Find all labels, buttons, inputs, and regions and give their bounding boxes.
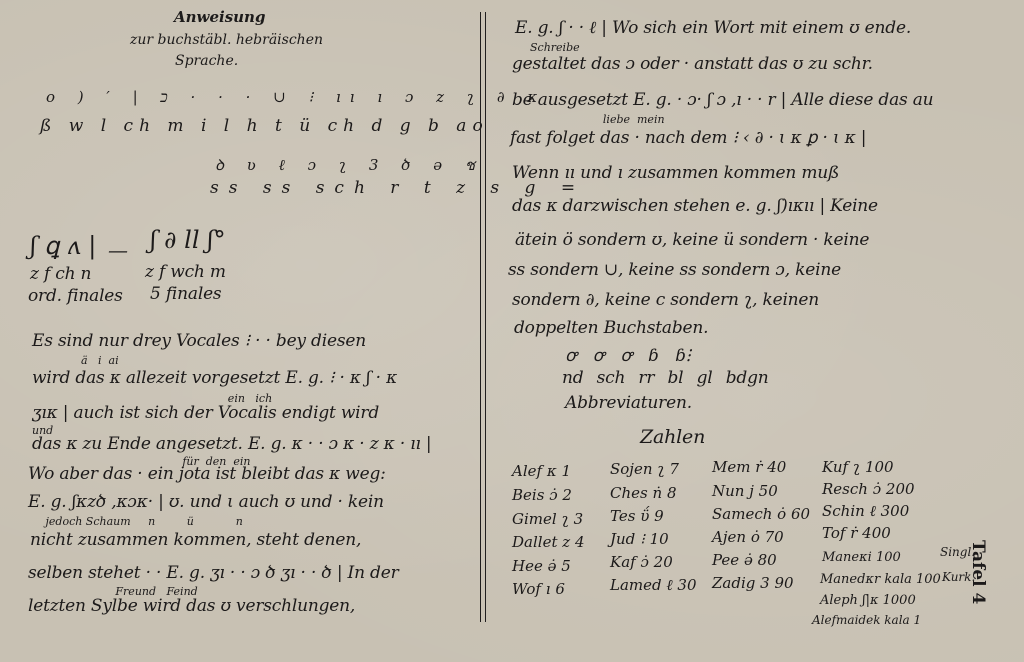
body-line-annotation: liebe mein xyxy=(512,114,665,125)
number-row: Dallet z 4 xyxy=(512,533,584,551)
number-row: Lamed ℓ 30 xyxy=(610,576,697,595)
body-line-annotation: Schreibe xyxy=(530,42,580,53)
number-row: Resch ɔ̇ 200 xyxy=(822,480,915,498)
number-row: Beis ɔ̇ 2 xyxy=(512,486,572,504)
finals-phonetic-ordinary: z f ch n xyxy=(30,266,91,283)
body-line: E. g. ʃ · · ℓ | Wo sich ein Wort mit ein… xyxy=(515,20,911,37)
body-line-annotation: jedoch Schaum n ü n xyxy=(28,516,243,527)
body-line: Wenn ıı und ı zusammen kommen muß xyxy=(512,165,839,182)
abbreviation-glyphs: ꝍ ꝍ ꝍ ɓ ɓ⁝ xyxy=(565,348,691,365)
extra-number-line: Maneκi 100 xyxy=(822,550,901,565)
numbers-heading: Zahlen xyxy=(640,428,705,447)
alphabet-glyphs-row-1: o ) ′ | כ · · · ∪ ⁝ ıı ı ɔ z ʅ ∂ κ xyxy=(46,90,546,105)
finals-label-ordinary: ord. finales xyxy=(28,288,123,305)
body-line: wird das κ allezeit vorgesetzt E. g. ⁝ ·… xyxy=(32,370,397,387)
number-row: Gimel ʅ 3 xyxy=(512,510,583,528)
extra-number-line: Aleph ʃ|κ 1000 xyxy=(820,593,916,608)
title-line-1: Anweisung xyxy=(174,10,265,25)
number-row: Tof ṙ 400 xyxy=(822,524,891,542)
plate-label: Tafel 4 xyxy=(968,540,988,604)
title-line-2: zur buchstäbl. hebräischen xyxy=(130,33,323,47)
number-row: Jud ⁝ 10 xyxy=(610,530,669,548)
extra-number-line: Manedκr kala 100 xyxy=(820,572,941,587)
body-line: das κ zu Ende angesetzt. E. g. κ · · ɔ κ… xyxy=(32,436,431,453)
finals-label-final: 5 finales xyxy=(150,286,221,303)
alphabet-phonetic-row-1: ß w l ch m i l h t ü ch d g b ao xyxy=(40,118,489,135)
number-row: Pee ə̇ 80 xyxy=(712,551,777,569)
body-line: fast folget das · nach dem ⁝ ‹ ∂ · ɩ κ ꝑ… xyxy=(510,130,866,147)
number-row: Zadig 3 90 xyxy=(712,574,794,592)
number-row: Hee ə̇ 5 xyxy=(512,557,571,575)
body-line: be ausgesetzt E. g. · ɔ· ʃ ɔ ,ı · · r | … xyxy=(512,92,933,109)
number-row: Samech ȯ 60 xyxy=(712,505,810,523)
body-line: gestaltet das ɔ oder · anstatt das ʊ zu … xyxy=(512,56,873,73)
document-page: Anweisung zur buchstäbl. hebräischen Spr… xyxy=(0,0,1024,662)
body-line: ss sondern ∪, keine ss sondern ɔ, keine xyxy=(508,262,841,279)
body-line: ätein ö sondern ʊ, keine ü sondern · kei… xyxy=(515,232,869,249)
alphabet-glyphs-row-2: ꝺ ʋ ℓ ɔ ʅ 3 ծ ə ช xyxy=(215,158,484,173)
number-row: Tes ΰ 9 xyxy=(610,507,664,525)
number-row: Ches ṅ 8 xyxy=(610,484,677,502)
body-line: nicht zusammen kommen, steht denen, xyxy=(30,532,361,549)
number-row: Mem ṙ 40 xyxy=(712,458,786,476)
final-glyphs-ordinary: ʃ ꝗ ʌ | xyxy=(30,234,96,258)
body-line: sondern ∂, keine c sondern ʅ, keinen xyxy=(512,292,819,309)
number-row: Alef κ 1 xyxy=(512,462,571,480)
number-row: Ajen ȯ 70 xyxy=(712,528,784,546)
number-row: Sojen ʅ 7 xyxy=(610,460,679,478)
body-line-annotation: ä i ai xyxy=(32,355,119,366)
number-row: Wof ı 6 xyxy=(512,580,565,598)
final-glyphs-final: ʃ ∂ ll ʃ° xyxy=(150,228,226,252)
number-row: Nun j 50 xyxy=(712,482,778,500)
number-row: Kaf ɔ̇ 20 xyxy=(610,553,673,571)
body-line: Es sind nur drey Vocales ⁝ · · bey diese… xyxy=(32,333,366,350)
extra-number-line: Alefmaidek kala 1 xyxy=(812,613,921,627)
body-line: Wo aber das · ein jota ist bleibt das κ … xyxy=(28,466,386,483)
body-line: letzten Sylbe wird das ʊ verschlungen, xyxy=(28,598,355,615)
number-row: Schin ℓ 300 xyxy=(822,502,909,521)
title-line-3: Sprache. xyxy=(175,54,238,68)
number-row: Kuf ʅ 100 xyxy=(822,458,894,476)
abbreviation-phonetic: nd sch rr bl gl bdgn xyxy=(562,370,769,387)
finals-phonetic-final: z f wch m xyxy=(145,264,226,281)
body-line: E. g. ʃκzծ ,κɔκ· | ʊ. und ι auch ʊ und ·… xyxy=(28,494,384,511)
body-line: selben stehet · · E. g. ʒı · · ɔ ծ ʒı · … xyxy=(28,565,399,582)
finals-dash: — xyxy=(108,240,128,260)
page-divider-double-rule xyxy=(480,12,486,622)
body-line: das κ darzwischen stehen e. g. ʃ)ıκıı | … xyxy=(512,198,878,215)
body-line: doppelten Buchstaben. xyxy=(514,320,708,337)
abbreviations-label: Abbreviaturen. xyxy=(565,395,692,412)
body-line: ʒıκ | auch ist sich der Vocalis endigt w… xyxy=(32,405,379,422)
